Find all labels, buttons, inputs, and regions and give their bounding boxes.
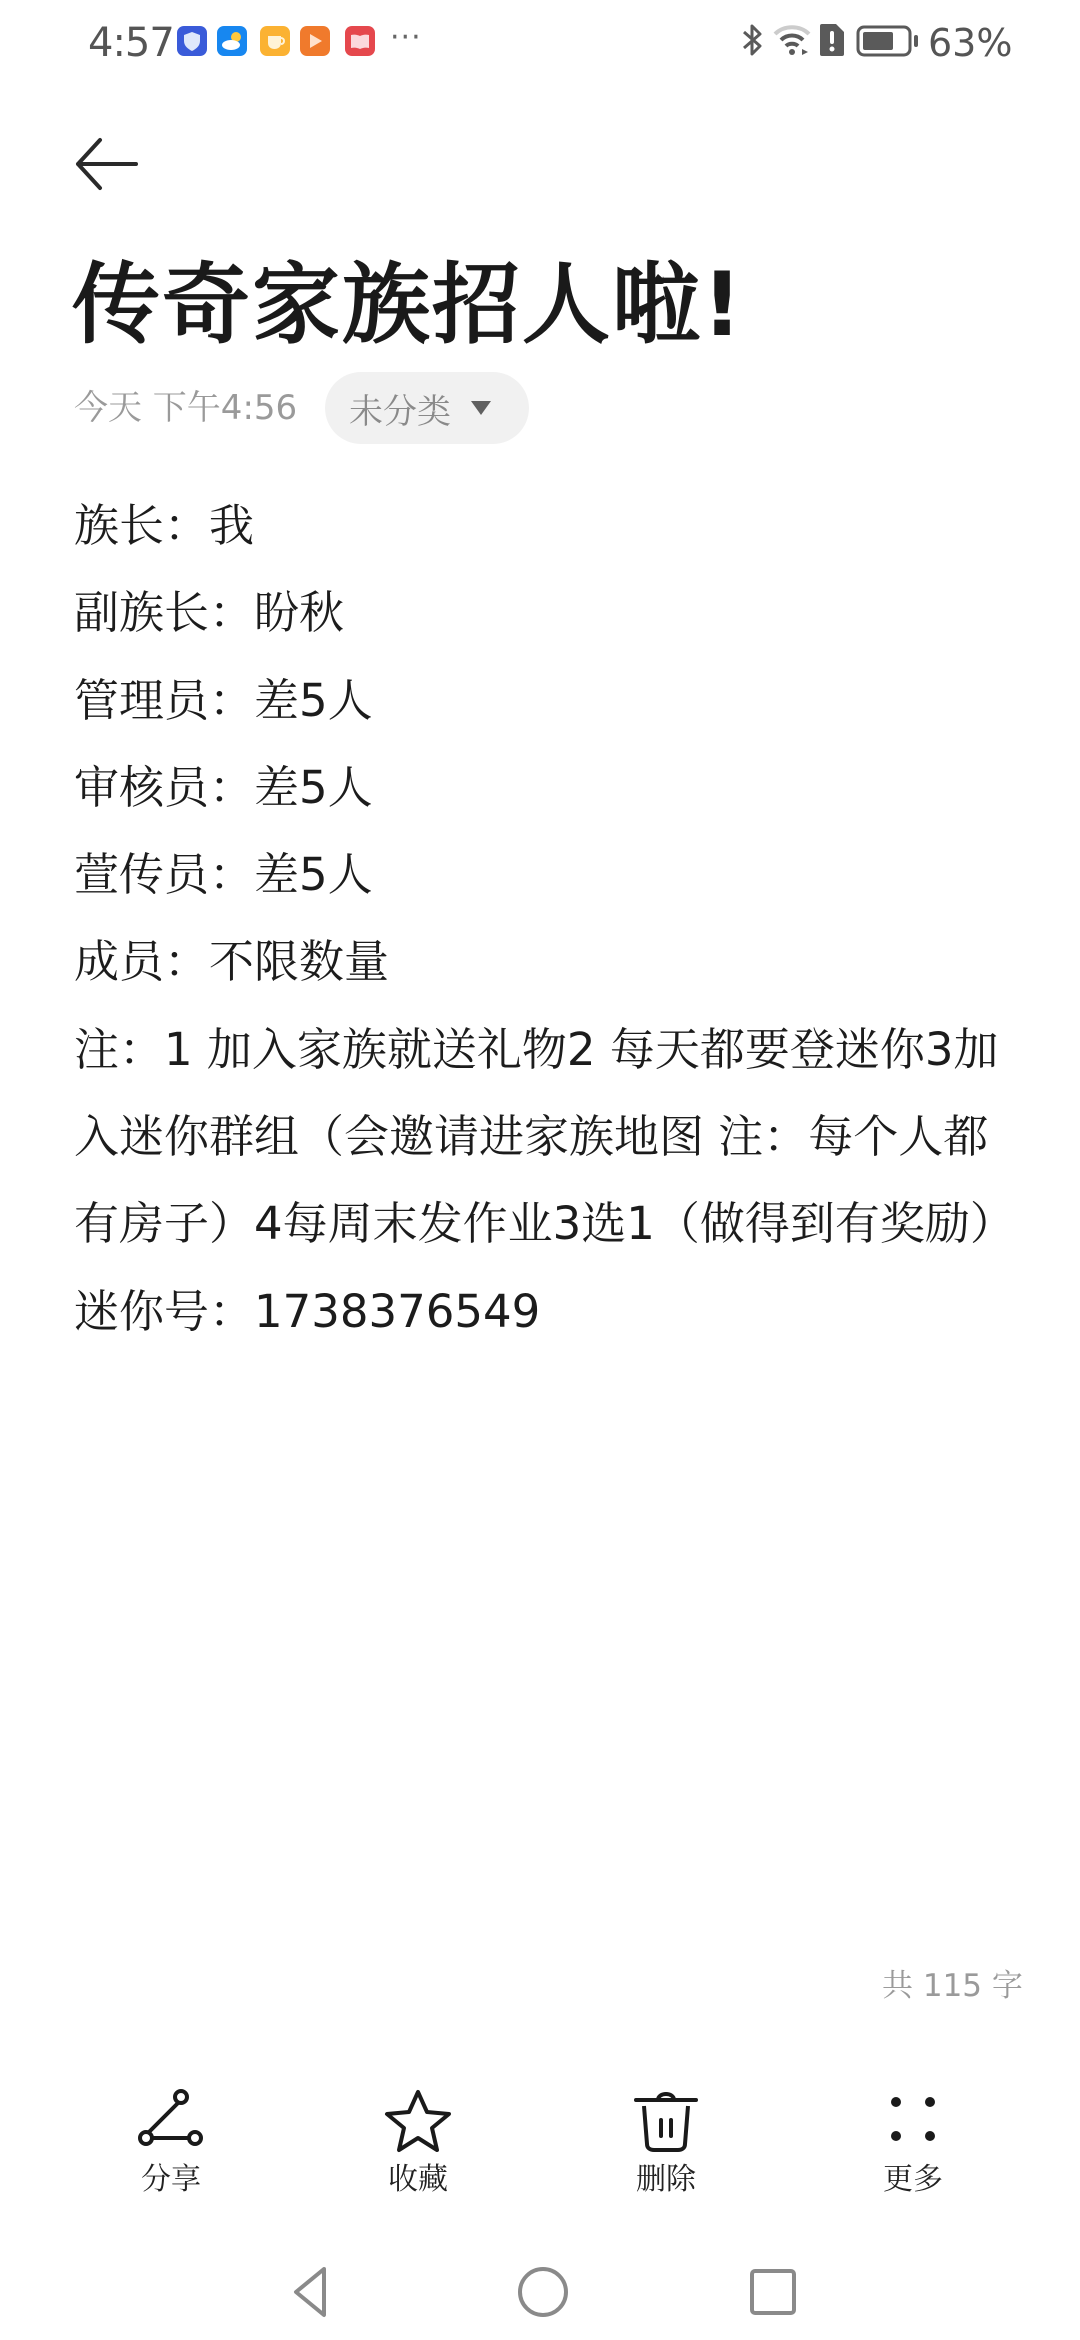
star-icon (382, 2088, 454, 2154)
note-line: 萱传员：差5人 (74, 831, 1014, 918)
note-body[interactable]: 族长：我 副族长：盼秋 管理员：差5人 审核员：差5人 萱传员：差5人 成员：不… (74, 482, 1014, 1355)
back-arrow-icon[interactable] (74, 134, 142, 196)
word-count: 共 115 字 (882, 1966, 1023, 2006)
category-dropdown[interactable]: 未分类 (325, 372, 529, 444)
battery-icon (856, 25, 920, 57)
cup-app-icon (260, 26, 290, 56)
bluetooth-icon (740, 22, 766, 58)
wifi-icon (772, 22, 812, 58)
note-line: 审核员：差5人 (74, 744, 1014, 831)
book-app-icon (345, 26, 375, 56)
trash-icon (630, 2088, 702, 2154)
caret-down-icon (471, 401, 491, 415)
delete-label: 删除 (636, 2162, 696, 2198)
note-line: 族长：我 (74, 482, 1014, 569)
sim-alert-icon (818, 22, 846, 58)
note-line: 副族长：盼秋 (74, 569, 1014, 656)
share-icon (135, 2088, 207, 2154)
nav-home-icon[interactable] (513, 2262, 573, 2322)
favorite-label: 收藏 (388, 2162, 448, 2198)
more-button[interactable]: 更多 (833, 2088, 993, 2208)
category-label: 未分类 (349, 384, 451, 433)
note-remark: 注：1 加入家族就送礼物2 每天都要登迷你3加入迷你群组（会邀请进家族地图 注：… (74, 1006, 1014, 1268)
note-title[interactable]: 传奇家族招人啦! (72, 250, 744, 360)
note-timestamp: 今天 下午4:56 (74, 386, 297, 430)
nav-recents-icon[interactable] (743, 2262, 803, 2322)
battery-percent: 63% (928, 18, 1012, 68)
note-line: 管理员：差5人 (74, 657, 1014, 744)
favorite-button[interactable]: 收藏 (338, 2088, 498, 2208)
note-mini-id: 迷你号：1738376549 (74, 1268, 1014, 1355)
video-app-icon (300, 26, 330, 56)
nav-back-icon[interactable] (280, 2262, 340, 2322)
weather-app-icon (217, 26, 247, 56)
share-button[interactable]: 分享 (91, 2088, 251, 2208)
delete-button[interactable]: 删除 (586, 2088, 746, 2208)
status-time: 4:57 (88, 18, 174, 68)
note-line: 成员：不限数量 (74, 918, 1014, 1005)
share-label: 分享 (141, 2162, 201, 2198)
shield-app-icon (177, 26, 207, 56)
more-notifications-icon: ··· (390, 18, 422, 58)
more-label: 更多 (883, 2162, 943, 2198)
more-dots-icon (877, 2088, 949, 2154)
